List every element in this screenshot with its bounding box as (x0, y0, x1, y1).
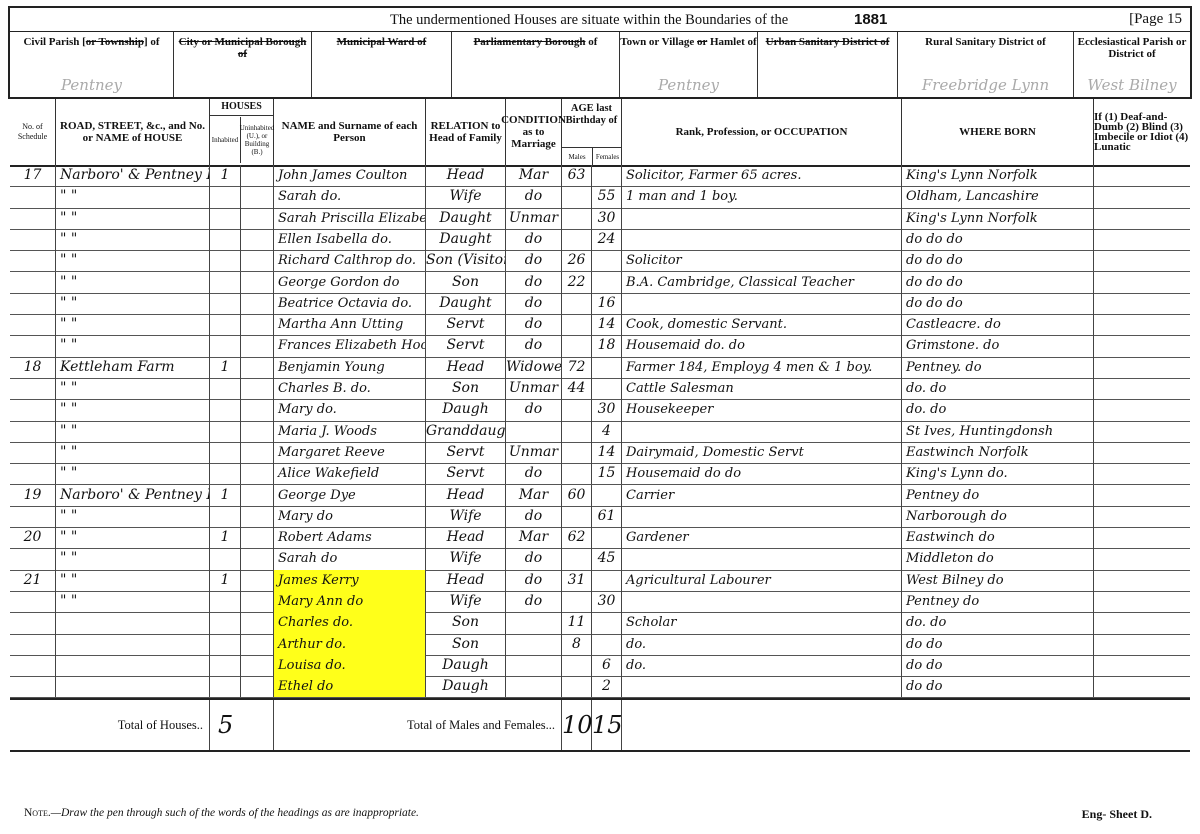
cell-road: " " (56, 208, 210, 229)
cell-condition: Mar (506, 485, 562, 506)
cell-female: 24 (592, 229, 622, 250)
cell-infirmity (1094, 421, 1190, 442)
cell-schedule (10, 655, 56, 676)
cell-name: Martha Ann Utting (274, 314, 426, 335)
area-value: West Bilney (1074, 79, 1190, 91)
cell-born: Grimstone. do (902, 335, 1094, 356)
cell-infirmity (1094, 655, 1190, 676)
cell-relation: Daugh (426, 655, 506, 676)
cell-infirmity (1094, 314, 1190, 335)
header-condition-label: CONDITION as to Marriage (501, 114, 566, 150)
cell-uninhabited (241, 378, 274, 399)
cell-female: 14 (592, 442, 622, 463)
cell-schedule (10, 208, 56, 229)
cell-condition: do (506, 548, 562, 569)
page-number: [Page 15 (1129, 11, 1182, 28)
cell-occupation: Scholar (622, 612, 902, 633)
cell-female: 30 (592, 591, 622, 612)
cell-born: do do do (902, 272, 1094, 293)
cell-schedule (10, 612, 56, 633)
cell-road: Narboro' & Pentney Rd (56, 485, 210, 506)
area-struck-label: Urban Sanitary District of (766, 36, 890, 48)
cell-schedule (10, 250, 56, 271)
cell-schedule (10, 186, 56, 207)
cell-schedule (10, 335, 56, 356)
cell-relation: Daught (426, 229, 506, 250)
cell-schedule (10, 272, 56, 293)
cell-male (562, 229, 592, 250)
cell-relation: Head (426, 165, 506, 186)
cell-male: 63 (562, 165, 592, 186)
cell-uninhabited (241, 485, 274, 506)
cell-infirmity (1094, 591, 1190, 612)
cell-born: Pentney. do (902, 357, 1094, 378)
cell-inhabited: 1 (210, 165, 241, 186)
cell-uninhabited (241, 655, 274, 676)
cell-condition: do (506, 250, 562, 271)
cell-uninhabited (241, 548, 274, 569)
table-row: Ethel doDaugh2do do (10, 676, 1190, 698)
footer-note: Note.—Draw the pen through such of the w… (24, 807, 419, 819)
cell-born: Narborough do (902, 506, 1094, 527)
cell-relation: Servt (426, 442, 506, 463)
cell-occupation: Housekeeper (622, 399, 902, 420)
cell-male (562, 463, 592, 484)
area-label: Rural Sanitary District of (925, 36, 1046, 48)
cell-name: Mary Ann do (274, 591, 426, 612)
cell-schedule (10, 229, 56, 250)
cell-uninhabited (241, 399, 274, 420)
area-heading: Town or Village or Hamlet of (620, 36, 757, 48)
cell-road: " " (56, 186, 210, 207)
census-page: The undermentioned Houses are situate wi… (8, 6, 1192, 806)
cell-condition: do (506, 186, 562, 207)
area-3: Parliamentary Borough of (452, 32, 620, 97)
cell-occupation: Gardener (622, 527, 902, 548)
cell-infirmity (1094, 548, 1190, 569)
header-condition: CONDITION as to Marriage (506, 99, 562, 165)
cell-inhabited (210, 250, 241, 271)
cell-name: Sarah do. (274, 186, 426, 207)
cell-born: do do do (902, 293, 1094, 314)
area-heading: Parliamentary Borough of (452, 36, 619, 48)
cell-female (592, 485, 622, 506)
cell-occupation: B.A. Cambridge, Classical Teacher (622, 272, 902, 293)
table-row: " "Charles B. do.SonUnmar44Cattle Salesm… (10, 378, 1190, 400)
cell-relation: Son (Visitor) (426, 250, 506, 271)
cell-male: 72 (562, 357, 592, 378)
cell-born: do do (902, 634, 1094, 655)
cell-male: 60 (562, 485, 592, 506)
cell-name: John James Coulton (274, 165, 426, 186)
cell-schedule (10, 676, 56, 697)
cell-road: " " (56, 527, 210, 548)
cell-condition: do (506, 463, 562, 484)
area-label: Civil Parish [ (23, 36, 85, 48)
table-row: " "Mary do.Daughdo30Housekeeperdo. do (10, 399, 1190, 421)
cell-schedule (10, 293, 56, 314)
area-label-suffix: of (586, 36, 598, 48)
cell-occupation (622, 229, 902, 250)
cell-relation: Head (426, 485, 506, 506)
cell-name: Charles B. do. (274, 378, 426, 399)
cell-uninhabited (241, 463, 274, 484)
cell-road: Narboro' & Pentney Rd (56, 165, 210, 186)
cell-relation: Servt (426, 335, 506, 356)
area-label: Ecclesiastical Parish or District of (1078, 36, 1187, 60)
cell-relation: Daught (426, 208, 506, 229)
table-row: " "Mary Ann doWifedo30Pentney do (10, 591, 1190, 613)
cell-uninhabited (241, 272, 274, 293)
cell-uninhabited (241, 570, 274, 591)
area-heading: Municipal Ward of (312, 36, 451, 48)
cell-infirmity (1094, 335, 1190, 356)
cell-uninhabited (241, 208, 274, 229)
cell-infirmity (1094, 250, 1190, 271)
cell-born: King's Lynn Norfolk (902, 208, 1094, 229)
cell-uninhabited (241, 335, 274, 356)
table-row: 17Narboro' & Pentney Rd1John James Coult… (10, 165, 1190, 187)
cell-infirmity (1094, 527, 1190, 548)
cell-inhabited (210, 186, 241, 207)
cell-condition: do (506, 399, 562, 420)
cell-male: 11 (562, 612, 592, 633)
cell-infirmity (1094, 357, 1190, 378)
cell-female: 2 (592, 676, 622, 697)
cell-name: Richard Calthrop do. (274, 250, 426, 271)
cell-occupation: do. (622, 655, 902, 676)
table-row: " "George Gordon doSondo22B.A. Cambridge… (10, 272, 1190, 294)
cell-road: " " (56, 548, 210, 569)
cell-condition: Mar (506, 165, 562, 186)
table-row: " "Frances Elizabeth HooksServtdo18House… (10, 335, 1190, 357)
cell-female: 6 (592, 655, 622, 676)
area-7: Ecclesiastical Parish or District ofWest… (1074, 32, 1190, 97)
cell-female (592, 570, 622, 591)
cell-road: Kettleham Farm (56, 357, 210, 378)
cell-road: " " (56, 570, 210, 591)
cell-relation: Daught (426, 293, 506, 314)
cell-schedule (10, 634, 56, 655)
cell-condition: do (506, 335, 562, 356)
cell-infirmity (1094, 506, 1190, 527)
cell-relation: Wife (426, 591, 506, 612)
cell-occupation: Cook, domestic Servant. (622, 314, 902, 335)
area-6: Rural Sanitary District ofFreebridge Lyn… (898, 32, 1074, 97)
table-row: " "Mary doWifedo61Narborough do (10, 506, 1190, 528)
banner-text: The undermentioned Houses are situate wi… (390, 12, 788, 29)
header-relation-label: RELATION to Head of Family (426, 120, 505, 144)
cell-condition (506, 634, 562, 655)
cell-born: Middleton do (902, 548, 1094, 569)
cell-condition: Unmar (506, 442, 562, 463)
table-row: " "Beatrice Octavia do.Daughtdo16do do d… (10, 293, 1190, 315)
cell-occupation: Carrier (622, 485, 902, 506)
cell-male (562, 655, 592, 676)
cell-schedule (10, 399, 56, 420)
header-schedule-label: No. of Schedule (10, 122, 55, 142)
area-heading: Rural Sanitary District of (898, 36, 1073, 48)
cell-infirmity (1094, 570, 1190, 591)
cell-occupation: Dairymaid, Domestic Servt (622, 442, 902, 463)
cell-infirmity (1094, 442, 1190, 463)
cell-inhabited (210, 229, 241, 250)
cell-road: " " (56, 293, 210, 314)
cell-occupation: Housemaid do. do (622, 335, 902, 356)
cell-male: 62 (562, 527, 592, 548)
cell-born: do do do (902, 229, 1094, 250)
cell-road: " " (56, 229, 210, 250)
cell-female: 45 (592, 548, 622, 569)
cell-inhabited (210, 272, 241, 293)
cell-uninhabited (241, 676, 274, 697)
area-struck-label: or Township (86, 36, 144, 48)
cell-uninhabited (241, 591, 274, 612)
table-row: Charles do.Son11Scholardo. do (10, 612, 1190, 634)
area-value: Pentney (620, 79, 757, 91)
cell-infirmity (1094, 208, 1190, 229)
cell-male (562, 314, 592, 335)
cell-uninhabited (241, 314, 274, 335)
cell-relation: Wife (426, 506, 506, 527)
cell-female (592, 272, 622, 293)
cell-condition: Mar (506, 527, 562, 548)
cell-infirmity (1094, 676, 1190, 697)
cell-born: St Ives, Huntingdonsh (902, 421, 1094, 442)
totals-row: Total of Houses.. 5 Total of Males and F… (10, 698, 1190, 752)
cell-female: 30 (592, 399, 622, 420)
cell-infirmity (1094, 612, 1190, 633)
table-row: 19Narboro' & Pentney Rd1George DyeHeadMa… (10, 485, 1190, 507)
cell-occupation (622, 421, 902, 442)
total-houses-label: Total of Houses.. (10, 700, 210, 750)
cell-female: 61 (592, 506, 622, 527)
cell-inhabited (210, 634, 241, 655)
total-houses-value: 5 (210, 700, 274, 750)
administrative-areas: Civil Parish [or Township] ofPentneyCity… (8, 32, 1192, 99)
cell-inhabited (210, 463, 241, 484)
cell-name: Benjamin Young (274, 357, 426, 378)
cell-condition: do (506, 293, 562, 314)
cell-condition (506, 421, 562, 442)
cell-name: Ethel do (274, 676, 426, 697)
table-row: " "Martha Ann UttingServtdo14Cook, domes… (10, 314, 1190, 336)
cell-condition: do (506, 591, 562, 612)
cell-road: " " (56, 506, 210, 527)
area-heading: City or Municipal Borough of (174, 36, 311, 60)
cell-inhabited (210, 442, 241, 463)
cell-uninhabited (241, 634, 274, 655)
page-banner: The undermentioned Houses are situate wi… (8, 6, 1192, 32)
cell-road: " " (56, 442, 210, 463)
table-row: Arthur do.Son8do.do do (10, 634, 1190, 656)
cell-male: 22 (562, 272, 592, 293)
cell-female: 30 (592, 208, 622, 229)
area-struck-label: City or Municipal Borough of (179, 36, 307, 60)
header-where-born: WHERE BORN (902, 99, 1094, 165)
cell-name: Sarah Priscilla Elizabeth do. (274, 208, 426, 229)
table-row: Louisa do.Daugh6do.do do (10, 655, 1190, 677)
cell-condition: do (506, 229, 562, 250)
cell-uninhabited (241, 506, 274, 527)
cell-relation: Son (426, 634, 506, 655)
cell-inhabited (210, 314, 241, 335)
cell-male (562, 506, 592, 527)
cell-name: Margaret Reeve (274, 442, 426, 463)
cell-name: George Gordon do (274, 272, 426, 293)
header-occupation: Rank, Profession, or OCCUPATION (622, 99, 902, 165)
cell-uninhabited (241, 165, 274, 186)
cell-uninhabited (241, 527, 274, 548)
cell-inhabited (210, 548, 241, 569)
cell-inhabited (210, 591, 241, 612)
cell-female (592, 378, 622, 399)
cell-born: do. do (902, 612, 1094, 633)
cell-occupation: Solicitor, Farmer 65 acres. (622, 165, 902, 186)
cell-male (562, 208, 592, 229)
cell-occupation: 1 man and 1 boy. (622, 186, 902, 207)
cell-road (56, 655, 210, 676)
area-label-suffix: Hamlet of (707, 36, 756, 48)
cell-relation: Wife (426, 548, 506, 569)
cell-female (592, 357, 622, 378)
cell-uninhabited (241, 421, 274, 442)
area-1: City or Municipal Borough of (174, 32, 312, 97)
cell-road: " " (56, 378, 210, 399)
cell-condition: do (506, 570, 562, 591)
table-row: 18Kettleham Farm1Benjamin YoungHeadWidow… (10, 357, 1190, 379)
cell-occupation: do. (622, 634, 902, 655)
header-houses-label: HOUSES (210, 99, 273, 116)
cell-relation: Head (426, 570, 506, 591)
cell-female (592, 612, 622, 633)
cell-uninhabited (241, 293, 274, 314)
cell-inhabited (210, 293, 241, 314)
cell-male (562, 676, 592, 697)
cell-born: Pentney do (902, 591, 1094, 612)
cell-occupation: Housemaid do do (622, 463, 902, 484)
table-row: " "Maria J. WoodsGranddaugh4St Ives, Hun… (10, 421, 1190, 443)
header-males: Males (562, 147, 593, 166)
cell-relation: Son (426, 612, 506, 633)
cell-inhabited: 1 (210, 527, 241, 548)
total-females: 15 (592, 700, 622, 750)
cell-condition: do (506, 314, 562, 335)
table-row: " "Ellen Isabella do.Daughtdo24do do do (10, 229, 1190, 251)
table-row: " "Richard Calthrop do.Son (Visitor)do26… (10, 250, 1190, 272)
table-row: 21" "1James KerryHeaddo31Agricultural La… (10, 570, 1190, 592)
cell-relation: Daugh (426, 676, 506, 697)
cell-uninhabited (241, 229, 274, 250)
cell-inhabited (210, 208, 241, 229)
area-value: Pentney (10, 79, 173, 91)
cell-male: 44 (562, 378, 592, 399)
cell-schedule: 21 (10, 570, 56, 591)
cell-schedule (10, 591, 56, 612)
cell-condition (506, 676, 562, 697)
area-heading: Ecclesiastical Parish or District of (1074, 36, 1190, 60)
cell-inhabited: 1 (210, 485, 241, 506)
header-infirmity-label: If (1) Deaf-and-Dumb (2) Blind (3) Imbec… (1094, 112, 1190, 152)
cell-condition (506, 655, 562, 676)
note-prefix: Note. (24, 807, 51, 819)
area-5: Urban Sanitary District of (758, 32, 898, 97)
area-heading: Urban Sanitary District of (758, 36, 897, 48)
table-row: " "Sarah do.Wifedo551 man and 1 boy.Oldh… (10, 186, 1190, 208)
cell-inhabited (210, 399, 241, 420)
cell-uninhabited (241, 612, 274, 633)
cell-schedule: 17 (10, 165, 56, 186)
cell-schedule: 18 (10, 357, 56, 378)
cell-schedule (10, 378, 56, 399)
cell-occupation (622, 548, 902, 569)
cell-relation: Granddaugh (426, 421, 506, 442)
cell-occupation: Solicitor (622, 250, 902, 271)
area-0: Civil Parish [or Township] ofPentney (10, 32, 174, 97)
cell-male (562, 421, 592, 442)
area-struck-label: Municipal Ward of (337, 36, 427, 48)
cell-female: 16 (592, 293, 622, 314)
cell-uninhabited (241, 357, 274, 378)
cell-name: Charles do. (274, 612, 426, 633)
header-schedule: No. of Schedule (10, 99, 56, 165)
cell-name: Sarah do (274, 548, 426, 569)
cell-male (562, 186, 592, 207)
cell-schedule (10, 463, 56, 484)
cell-occupation (622, 293, 902, 314)
area-4: Town or Village or Hamlet ofPentney (620, 32, 758, 97)
table-row: 20" "1Robert AdamsHeadMar62GardenerEastw… (10, 527, 1190, 549)
cell-schedule (10, 548, 56, 569)
cell-condition: do (506, 272, 562, 293)
cell-infirmity (1094, 186, 1190, 207)
cell-road (56, 676, 210, 697)
cell-name: Maria J. Woods (274, 421, 426, 442)
area-label: Town or Village (620, 36, 697, 48)
cell-occupation (622, 676, 902, 697)
header-name: NAME and Surname of each Person (274, 99, 426, 165)
cell-name: Arthur do. (274, 634, 426, 655)
cell-name: George Dye (274, 485, 426, 506)
cell-male: 8 (562, 634, 592, 655)
cell-uninhabited (241, 442, 274, 463)
cell-inhabited (210, 655, 241, 676)
cell-road: " " (56, 463, 210, 484)
cell-relation: Daugh (426, 399, 506, 420)
cell-uninhabited (241, 250, 274, 271)
header-where-born-label: WHERE BORN (959, 126, 1036, 138)
cell-relation: Servt (426, 314, 506, 335)
cell-born: Castleacre. do (902, 314, 1094, 335)
cell-male (562, 442, 592, 463)
area-label-suffix: ] of (144, 36, 160, 48)
cell-condition (506, 612, 562, 633)
total-persons-label: Total of Males and Females... (274, 700, 562, 750)
cell-occupation: Farmer 184, Employg 4 men & 1 boy. (622, 357, 902, 378)
header-females: Females (593, 147, 622, 166)
cell-name: Alice Wakefield (274, 463, 426, 484)
cell-road: " " (56, 421, 210, 442)
cell-inhabited: 1 (210, 570, 241, 591)
cell-road: " " (56, 591, 210, 612)
cell-inhabited: 1 (210, 357, 241, 378)
cell-infirmity (1094, 272, 1190, 293)
census-year: 1881 (854, 11, 887, 28)
cell-relation: Wife (426, 186, 506, 207)
header-name-label: NAME and Surname of each Person (274, 120, 425, 144)
cell-infirmity (1094, 378, 1190, 399)
cell-infirmity (1094, 399, 1190, 420)
